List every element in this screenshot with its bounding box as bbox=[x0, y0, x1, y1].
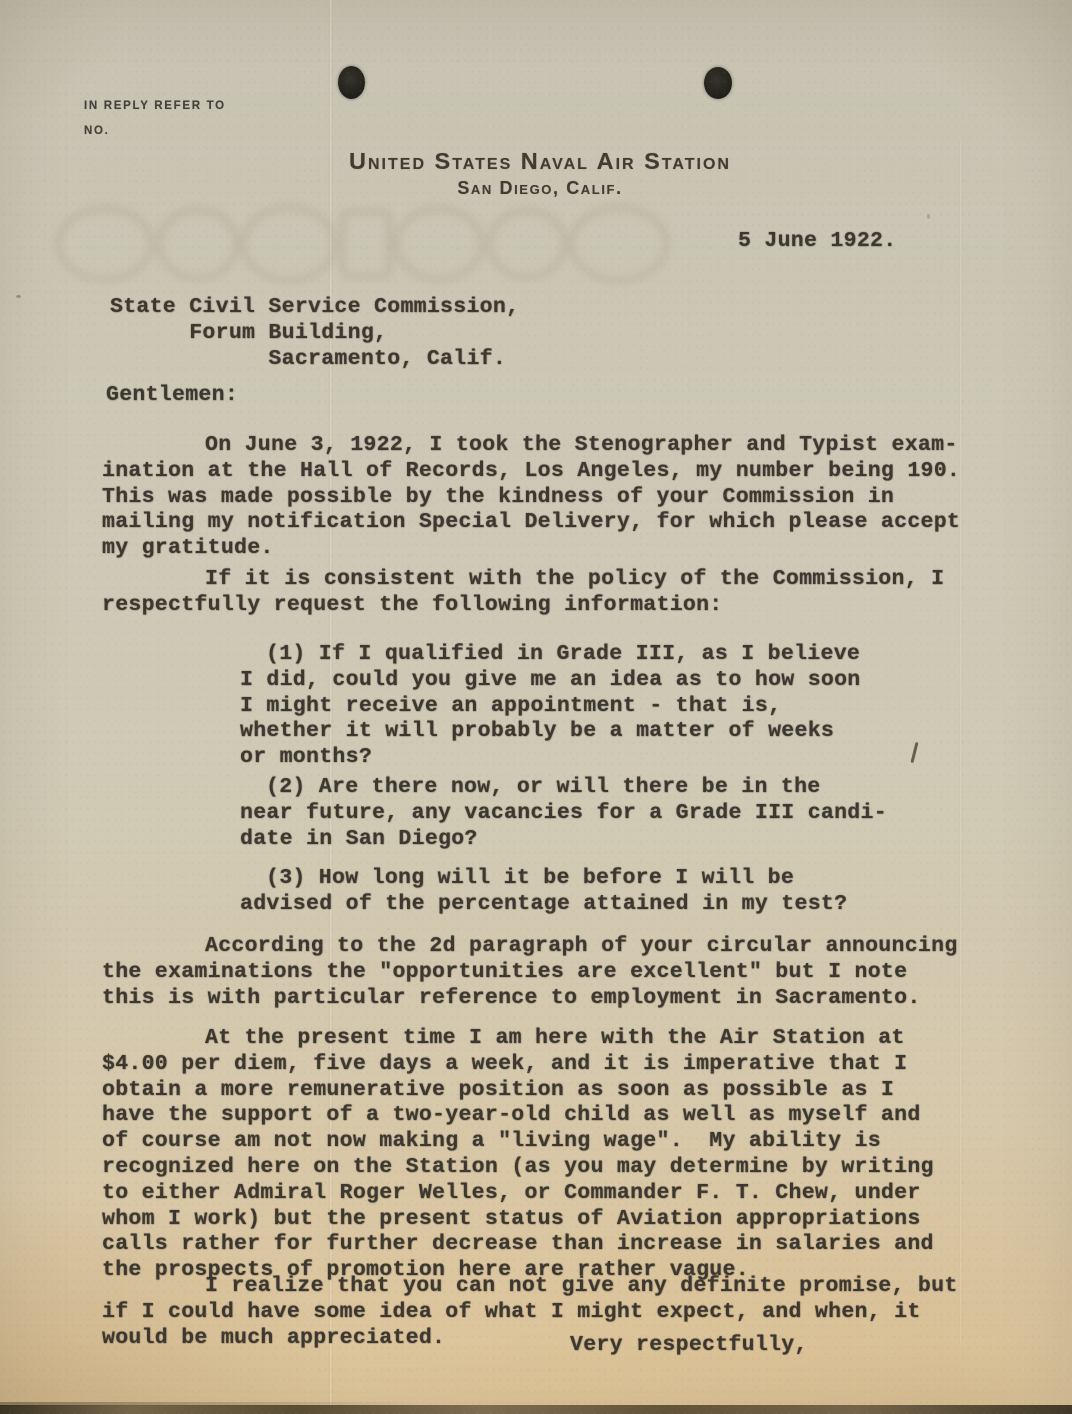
watermark-ghost bbox=[55, 200, 670, 288]
recipient-address: State Civil Service Commission, Forum Bu… bbox=[110, 295, 519, 372]
fold-crease-right bbox=[958, 140, 963, 1344]
paper-speck bbox=[16, 295, 21, 298]
letterhead-title: United States Naval Air Station bbox=[8, 148, 1072, 175]
paragraph-circular: According to the 2d paragraph of your ci… bbox=[102, 934, 958, 1011]
paper-speck bbox=[927, 214, 930, 219]
list-item-3: (3) How long will it be before I will be… bbox=[240, 866, 847, 918]
closing-line: Very respectfully, bbox=[570, 1333, 808, 1359]
letter-page: IN REPLY REFER TO NO. United States Nava… bbox=[0, 0, 1072, 1414]
ref-note-line2: NO. bbox=[84, 125, 110, 137]
letterhead: United States Naval Air Station San Dieg… bbox=[0, 148, 1072, 199]
salutation: Gentlemen: bbox=[106, 383, 238, 409]
ref-note-line1: IN REPLY REFER TO bbox=[84, 100, 226, 112]
paragraph-situation: At the present time I am here with the A… bbox=[102, 1026, 934, 1284]
list-item-2: (2) Are there now, or will there be in t… bbox=[240, 775, 887, 852]
hole-punch-left bbox=[338, 66, 365, 99]
date-line: 5 June 1922. bbox=[738, 229, 896, 255]
paragraph-request: If it is consistent with the policy of t… bbox=[102, 567, 944, 619]
list-item-1: (1) If I qualified in Grade III, as I be… bbox=[240, 642, 861, 771]
letterhead-subtitle: San Diego, Calif. bbox=[8, 178, 1072, 199]
hole-punch-right bbox=[704, 67, 732, 99]
scan-bottom-edge bbox=[0, 1405, 1072, 1414]
paragraph-final: I realize that you can not give any defi… bbox=[102, 1274, 958, 1351]
stray-pen-mark bbox=[911, 742, 919, 763]
paragraph-opening: On June 3, 1922, I took the Stenographer… bbox=[102, 433, 960, 562]
